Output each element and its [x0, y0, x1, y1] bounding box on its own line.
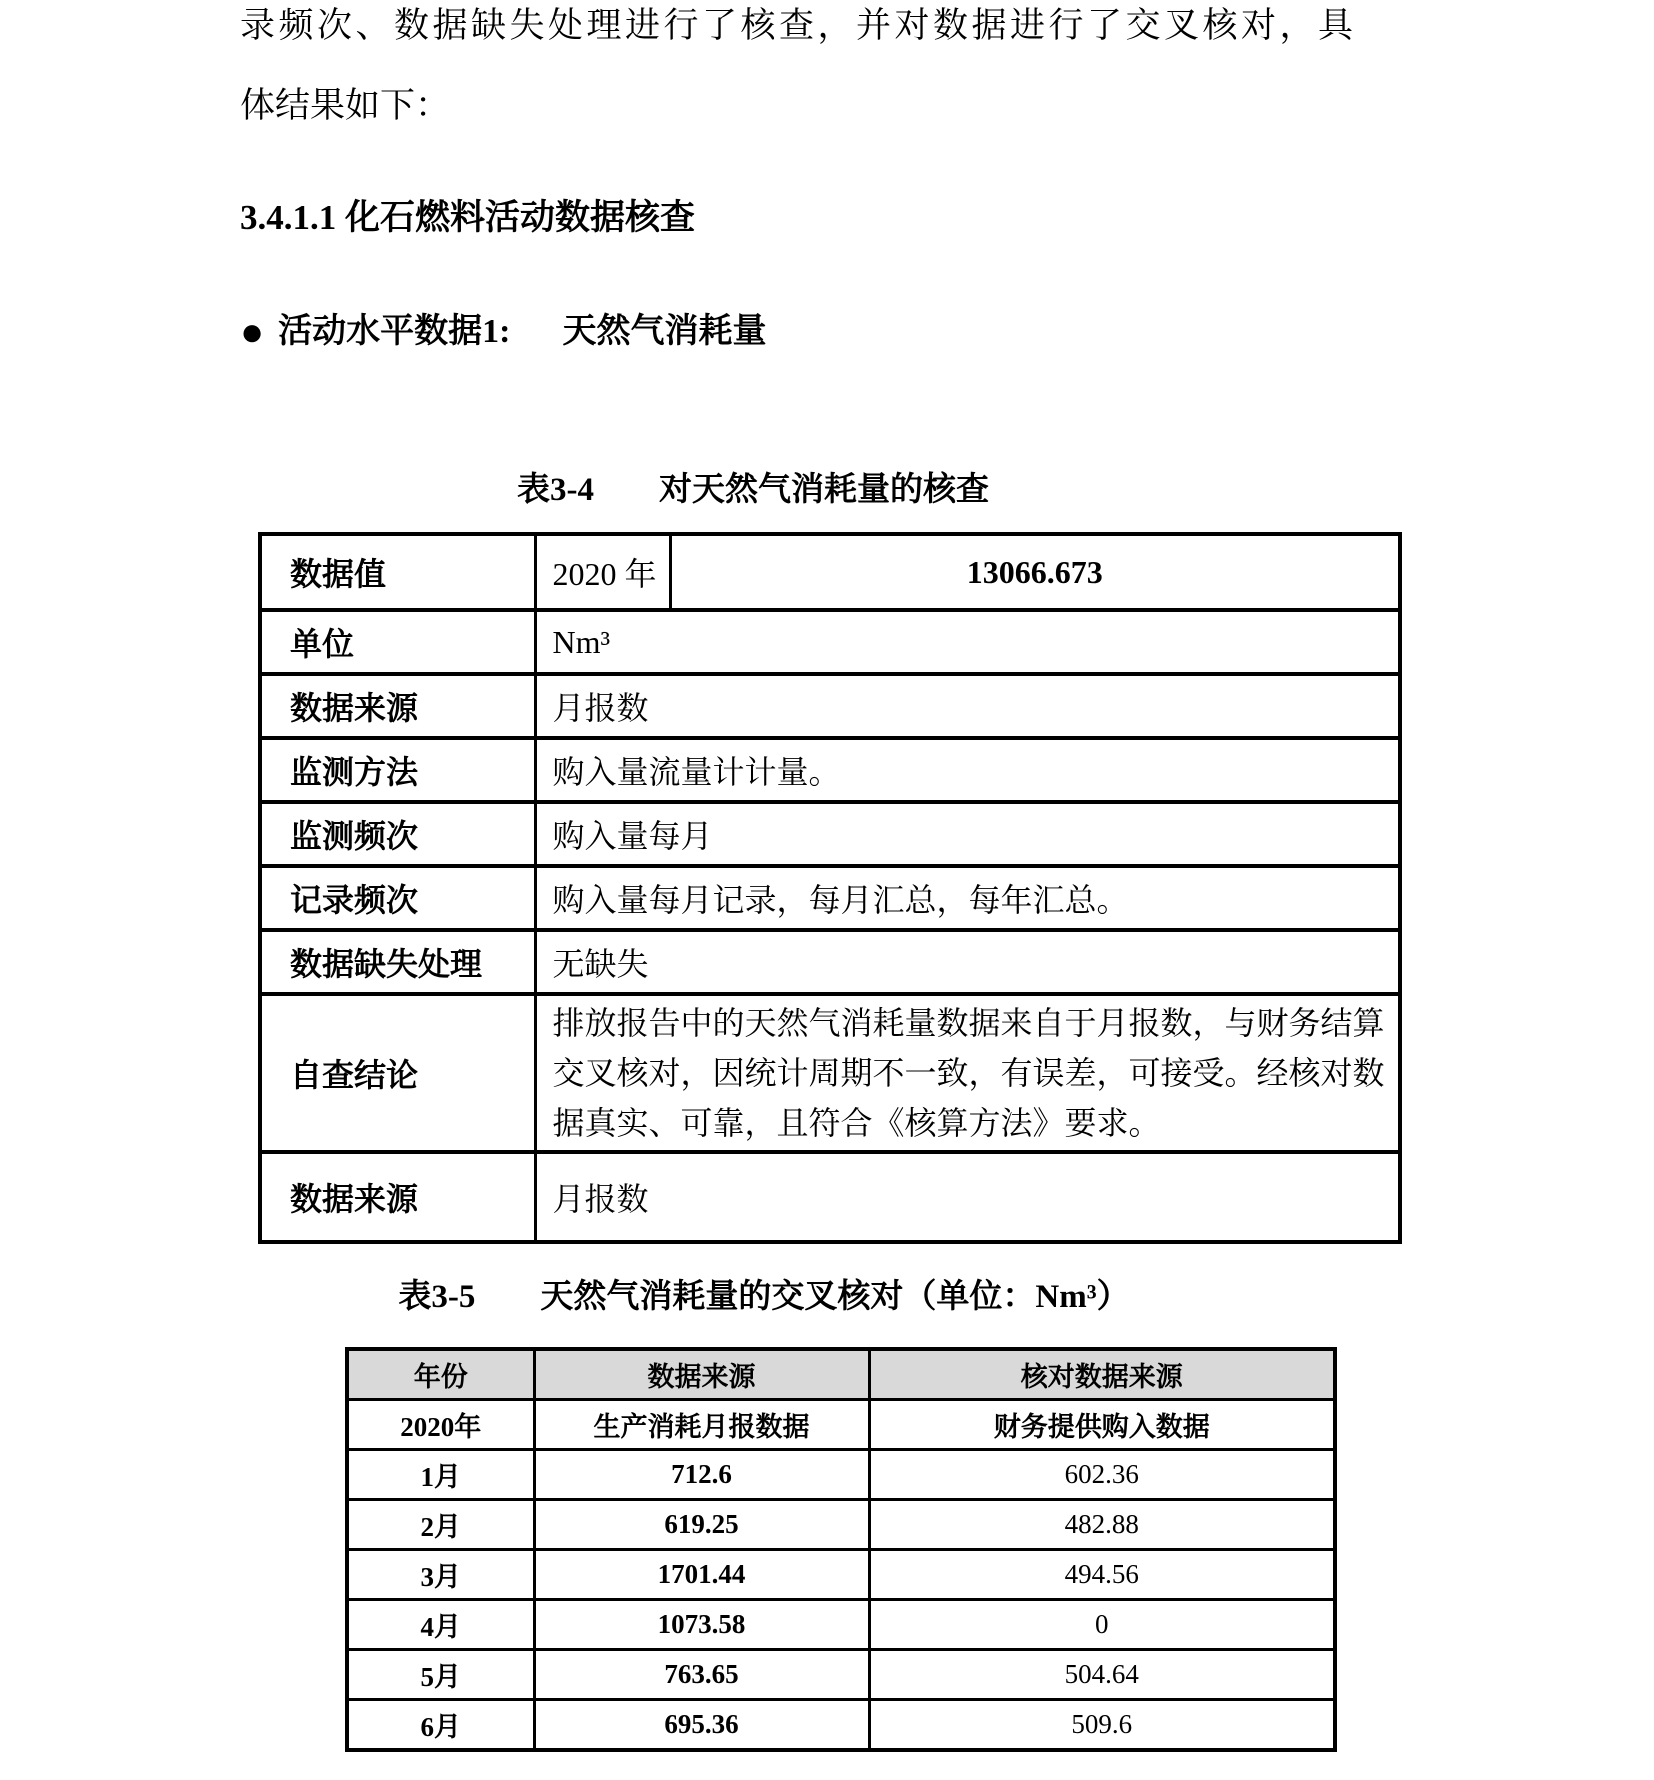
monthly-value-cell: 712.6 — [534, 1450, 869, 1500]
subheader-year: 2020年 — [347, 1400, 534, 1450]
cross-check-header-row: 年份 数据来源 核对数据来源 — [347, 1349, 1335, 1400]
header-data-source: 数据来源 — [534, 1349, 869, 1400]
monthly-value-cell: 1073.58 — [534, 1600, 869, 1650]
table-row: 数据来源 月报数 — [260, 674, 1400, 738]
activity-data-bullet-line: ●活动水平数据1:天然气消耗量 — [240, 303, 767, 355]
intro-paragraph-line1: 录频次、数据缺失处理进行了核查，并对数据进行了交叉核对，具 — [240, 6, 1357, 46]
month-cell: 5月 — [347, 1650, 534, 1700]
year-cell: 2020 年 — [535, 534, 670, 610]
finance-value-cell: 504.64 — [869, 1650, 1335, 1700]
month-row: 6月 695.36 509.6 — [347, 1700, 1335, 1751]
row-value: 月报数 — [535, 674, 1400, 738]
table-row: 数据来源 月报数 — [260, 1152, 1400, 1242]
bullet-value: 天然气消耗量 — [563, 313, 767, 350]
subheader-monthly-report: 生产消耗月报数据 — [534, 1400, 869, 1450]
row-label: 自查结论 — [260, 994, 535, 1152]
monthly-value-cell: 695.36 — [534, 1700, 869, 1751]
header-check-source: 核对数据来源 — [869, 1349, 1335, 1400]
monthly-value-cell: 1701.44 — [534, 1550, 869, 1600]
finance-value-cell: 602.36 — [869, 1450, 1335, 1500]
row-label: 单位 — [260, 610, 535, 674]
month-row: 3月 1701.44 494.56 — [347, 1550, 1335, 1600]
table-row: 数据缺失处理 无缺失 — [260, 930, 1400, 994]
row-value: 无缺失 — [535, 930, 1400, 994]
table-row: 监测方法 购入量流量计计量。 — [260, 738, 1400, 802]
finance-value-cell: 482.88 — [869, 1500, 1335, 1550]
document-page: { "colors": {"text": "#000000", "page_bg… — [0, 0, 1654, 1780]
row-value: 购入量每月 — [535, 802, 1400, 866]
bullet-label: 活动水平数据1: — [278, 313, 510, 350]
data-value-cell: 13066.673 — [670, 534, 1400, 610]
subheader-finance-data: 财务提供购入数据 — [869, 1400, 1335, 1450]
month-row: 4月 1073.58 0 — [347, 1600, 1335, 1650]
row-label: 记录频次 — [260, 866, 535, 930]
bullet-icon: ● — [240, 309, 264, 354]
table34-caption-number: 表3-4 — [517, 472, 594, 508]
cross-check-subheader-row: 2020年 生产消耗月报数据 财务提供购入数据 — [347, 1400, 1335, 1450]
month-cell: 1月 — [347, 1450, 534, 1500]
table34-caption: 表3-4对天然气消耗量的核查 — [258, 463, 1398, 510]
row-label: 数据来源 — [260, 1152, 535, 1242]
table35-caption: 表3-5天然气消耗量的交叉核对（单位：Nm³） — [345, 1270, 1333, 1317]
row-label: 数据来源 — [260, 674, 535, 738]
month-row: 2月 619.25 482.88 — [347, 1500, 1335, 1550]
row-label: 监测方法 — [260, 738, 535, 802]
table-row: 数据值 2020 年 13066.673 — [260, 534, 1400, 610]
row-value: 购入量流量计计量。 — [535, 738, 1400, 802]
table-cross-check: 年份 数据来源 核对数据来源 2020年 生产消耗月报数据 财务提供购入数据 1… — [345, 1347, 1337, 1752]
finance-value-cell: 0 — [869, 1600, 1335, 1650]
row-value: 排放报告中的天然气消耗量数据来自于月报数，与财务结算交叉核对，因统计周期不一致，… — [535, 994, 1400, 1152]
monthly-value-cell: 763.65 — [534, 1650, 869, 1700]
table-row: 单位 Nm³ — [260, 610, 1400, 674]
monthly-value-cell: 619.25 — [534, 1500, 869, 1550]
table-row-self-check: 自查结论 排放报告中的天然气消耗量数据来自于月报数，与财务结算交叉核对，因统计周… — [260, 994, 1400, 1152]
row-label: 数据缺失处理 — [260, 930, 535, 994]
header-year: 年份 — [347, 1349, 534, 1400]
month-cell: 6月 — [347, 1700, 534, 1751]
month-row: 1月 712.6 602.36 — [347, 1450, 1335, 1500]
table35-caption-title: 天然气消耗量的交叉核对（单位：Nm³） — [540, 1279, 1129, 1315]
month-cell: 3月 — [347, 1550, 534, 1600]
table-row: 记录频次 购入量每月记录，每月汇总，每年汇总。 — [260, 866, 1400, 930]
row-label: 数据值 — [260, 534, 535, 610]
table-row: 监测频次 购入量每月 — [260, 802, 1400, 866]
intro-paragraph-line2: 体结果如下： — [240, 86, 450, 126]
row-value: 月报数 — [535, 1152, 1400, 1242]
finance-value-cell: 509.6 — [869, 1700, 1335, 1751]
row-label: 监测频次 — [260, 802, 535, 866]
table35-caption-number: 表3-5 — [398, 1279, 475, 1315]
section-heading: 3.4.1.1 化石燃料活动数据核查 — [240, 190, 695, 240]
row-value: 购入量每月记录，每月汇总，每年汇总。 — [535, 866, 1400, 930]
table-natural-gas-verification: 数据值 2020 年 13066.673 单位 Nm³ 数据来源 月报数 监测方… — [258, 532, 1402, 1244]
row-value: Nm³ — [535, 610, 1400, 674]
month-cell: 2月 — [347, 1500, 534, 1550]
table34-caption-title: 对天然气消耗量的核查 — [659, 472, 989, 508]
month-row: 5月 763.65 504.64 — [347, 1650, 1335, 1700]
month-cell: 4月 — [347, 1600, 534, 1650]
finance-value-cell: 494.56 — [869, 1550, 1335, 1600]
